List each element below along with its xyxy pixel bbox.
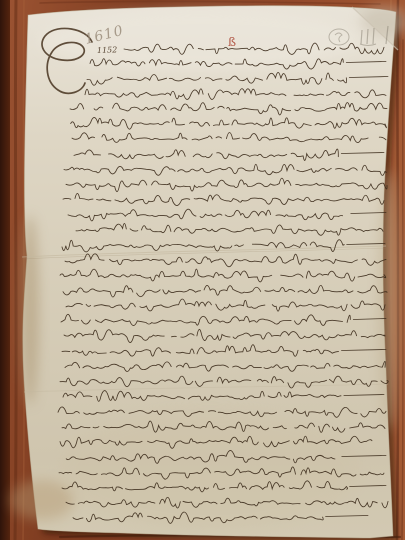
table-edge-dark-band bbox=[0, 0, 10, 540]
stain-bottom-mottle bbox=[60, 410, 360, 530]
registry-number: 1152 bbox=[97, 45, 118, 55]
wood-grain-streak bbox=[15, 0, 16, 540]
manuscript-scene: 1610 1152 ß bbox=[0, 0, 405, 540]
stain-left-edge bbox=[21, 215, 39, 405]
manuscript-photo: 1610 1152 ß bbox=[0, 0, 405, 540]
stain-bottom-left bbox=[10, 480, 74, 520]
stain-right-edge bbox=[378, 170, 400, 430]
red-ink-mark: ß bbox=[228, 35, 236, 49]
